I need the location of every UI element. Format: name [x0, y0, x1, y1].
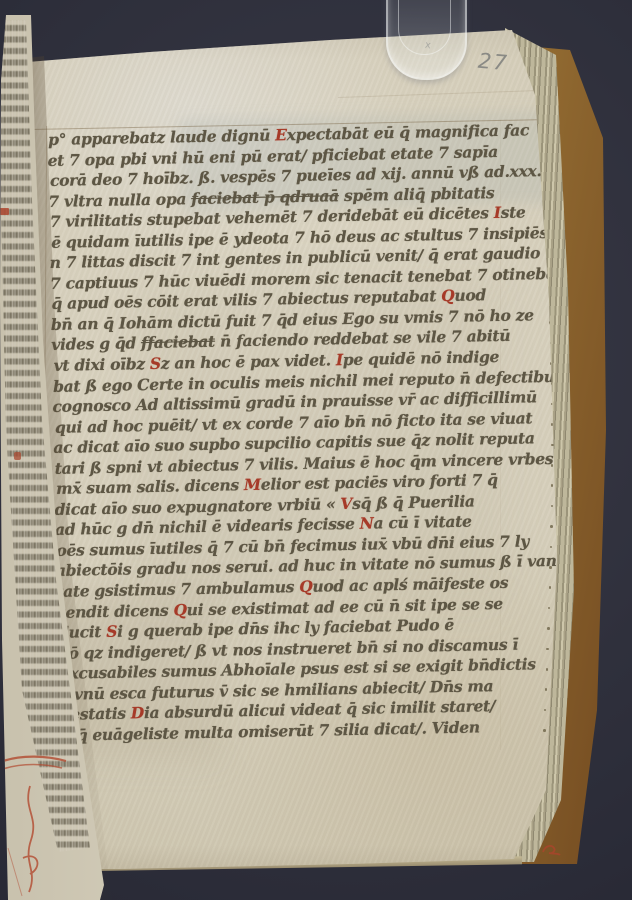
folio-number: 27	[477, 49, 510, 76]
manuscript-photo-scene: p° apparebatz laude dignū Expectabāt eū …	[0, 0, 632, 900]
red-edge-glyph	[540, 840, 562, 858]
manuscript-page: p° apparebatz laude dignū Expectabāt eū …	[0, 0, 632, 900]
plastic-clip	[386, 0, 467, 80]
red-margin-mark	[14, 452, 21, 460]
plastic-clip-inner-loop	[398, 0, 451, 55]
page-edge-shading	[0, 0, 632, 900]
red-margin-mark	[0, 208, 9, 215]
